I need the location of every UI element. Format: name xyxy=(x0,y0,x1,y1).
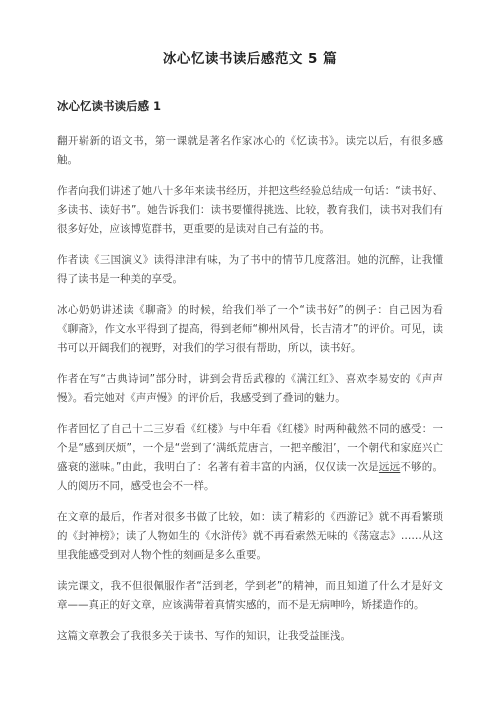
paragraph-sanguo: 作者读《三国演义》读得津津有味，为了书中的情节几度落泪。她的沉醉，让我懂得了读书… xyxy=(57,251,443,289)
paragraph-reading-advice: 作者向我们讲述了她八十多年来读书经历，并把这些经验总结成一句话：“读书好、多读书… xyxy=(57,182,443,239)
paragraph-poetry: 作者在写“古典诗词”部分时，讲到会背岳武穆的《满江红》、喜欢李易安的《声声慢》。… xyxy=(57,370,443,408)
paragraph-conclusion: 读完课文，我不但很佩服作者“活到老，学到老”的精神，而且知道了什么才是好文章——… xyxy=(57,577,443,615)
document-page: 冰心忆读书读后感范文 5 篇 冰心忆读书读后感 1 翻开崭新的语文书，第一课就是… xyxy=(0,0,500,706)
paragraph-hongloumeng: 作者回忆了自己十二三岁看《红楼》与中年看《红楼》时两种截然不同的感受：一个是“感… xyxy=(57,420,443,496)
paragraph-comparison: 在文章的最后，作者对很多书做了比较，如：读了精彩的《西游记》就不再看繁琐的《封神… xyxy=(57,508,443,565)
paragraph-intro: 翻开崭新的语文书，第一课就是著名作家冰心的《忆读书》。读完以后，有很多感触。 xyxy=(57,132,443,170)
paragraph-liaozhai: 冰心奶奶讲述读《聊斋》的时候，给我们举了一个“读书好”的例子：自己因为看《聊斋》… xyxy=(57,301,443,358)
underlined-text: 远远 xyxy=(379,461,400,473)
document-title: 冰心忆读书读后感范文 5 篇 xyxy=(57,50,443,68)
article-body: 翻开崭新的语文书，第一课就是著名作家冰心的《忆读书》。读完以后，有很多感触。 作… xyxy=(57,132,443,646)
paragraph-closing: 这篇文章教会了我很多关于读书、写作的知识，让我受益匪浅。 xyxy=(57,627,443,646)
section-heading: 冰心忆读书读后感 1 xyxy=(57,99,443,113)
